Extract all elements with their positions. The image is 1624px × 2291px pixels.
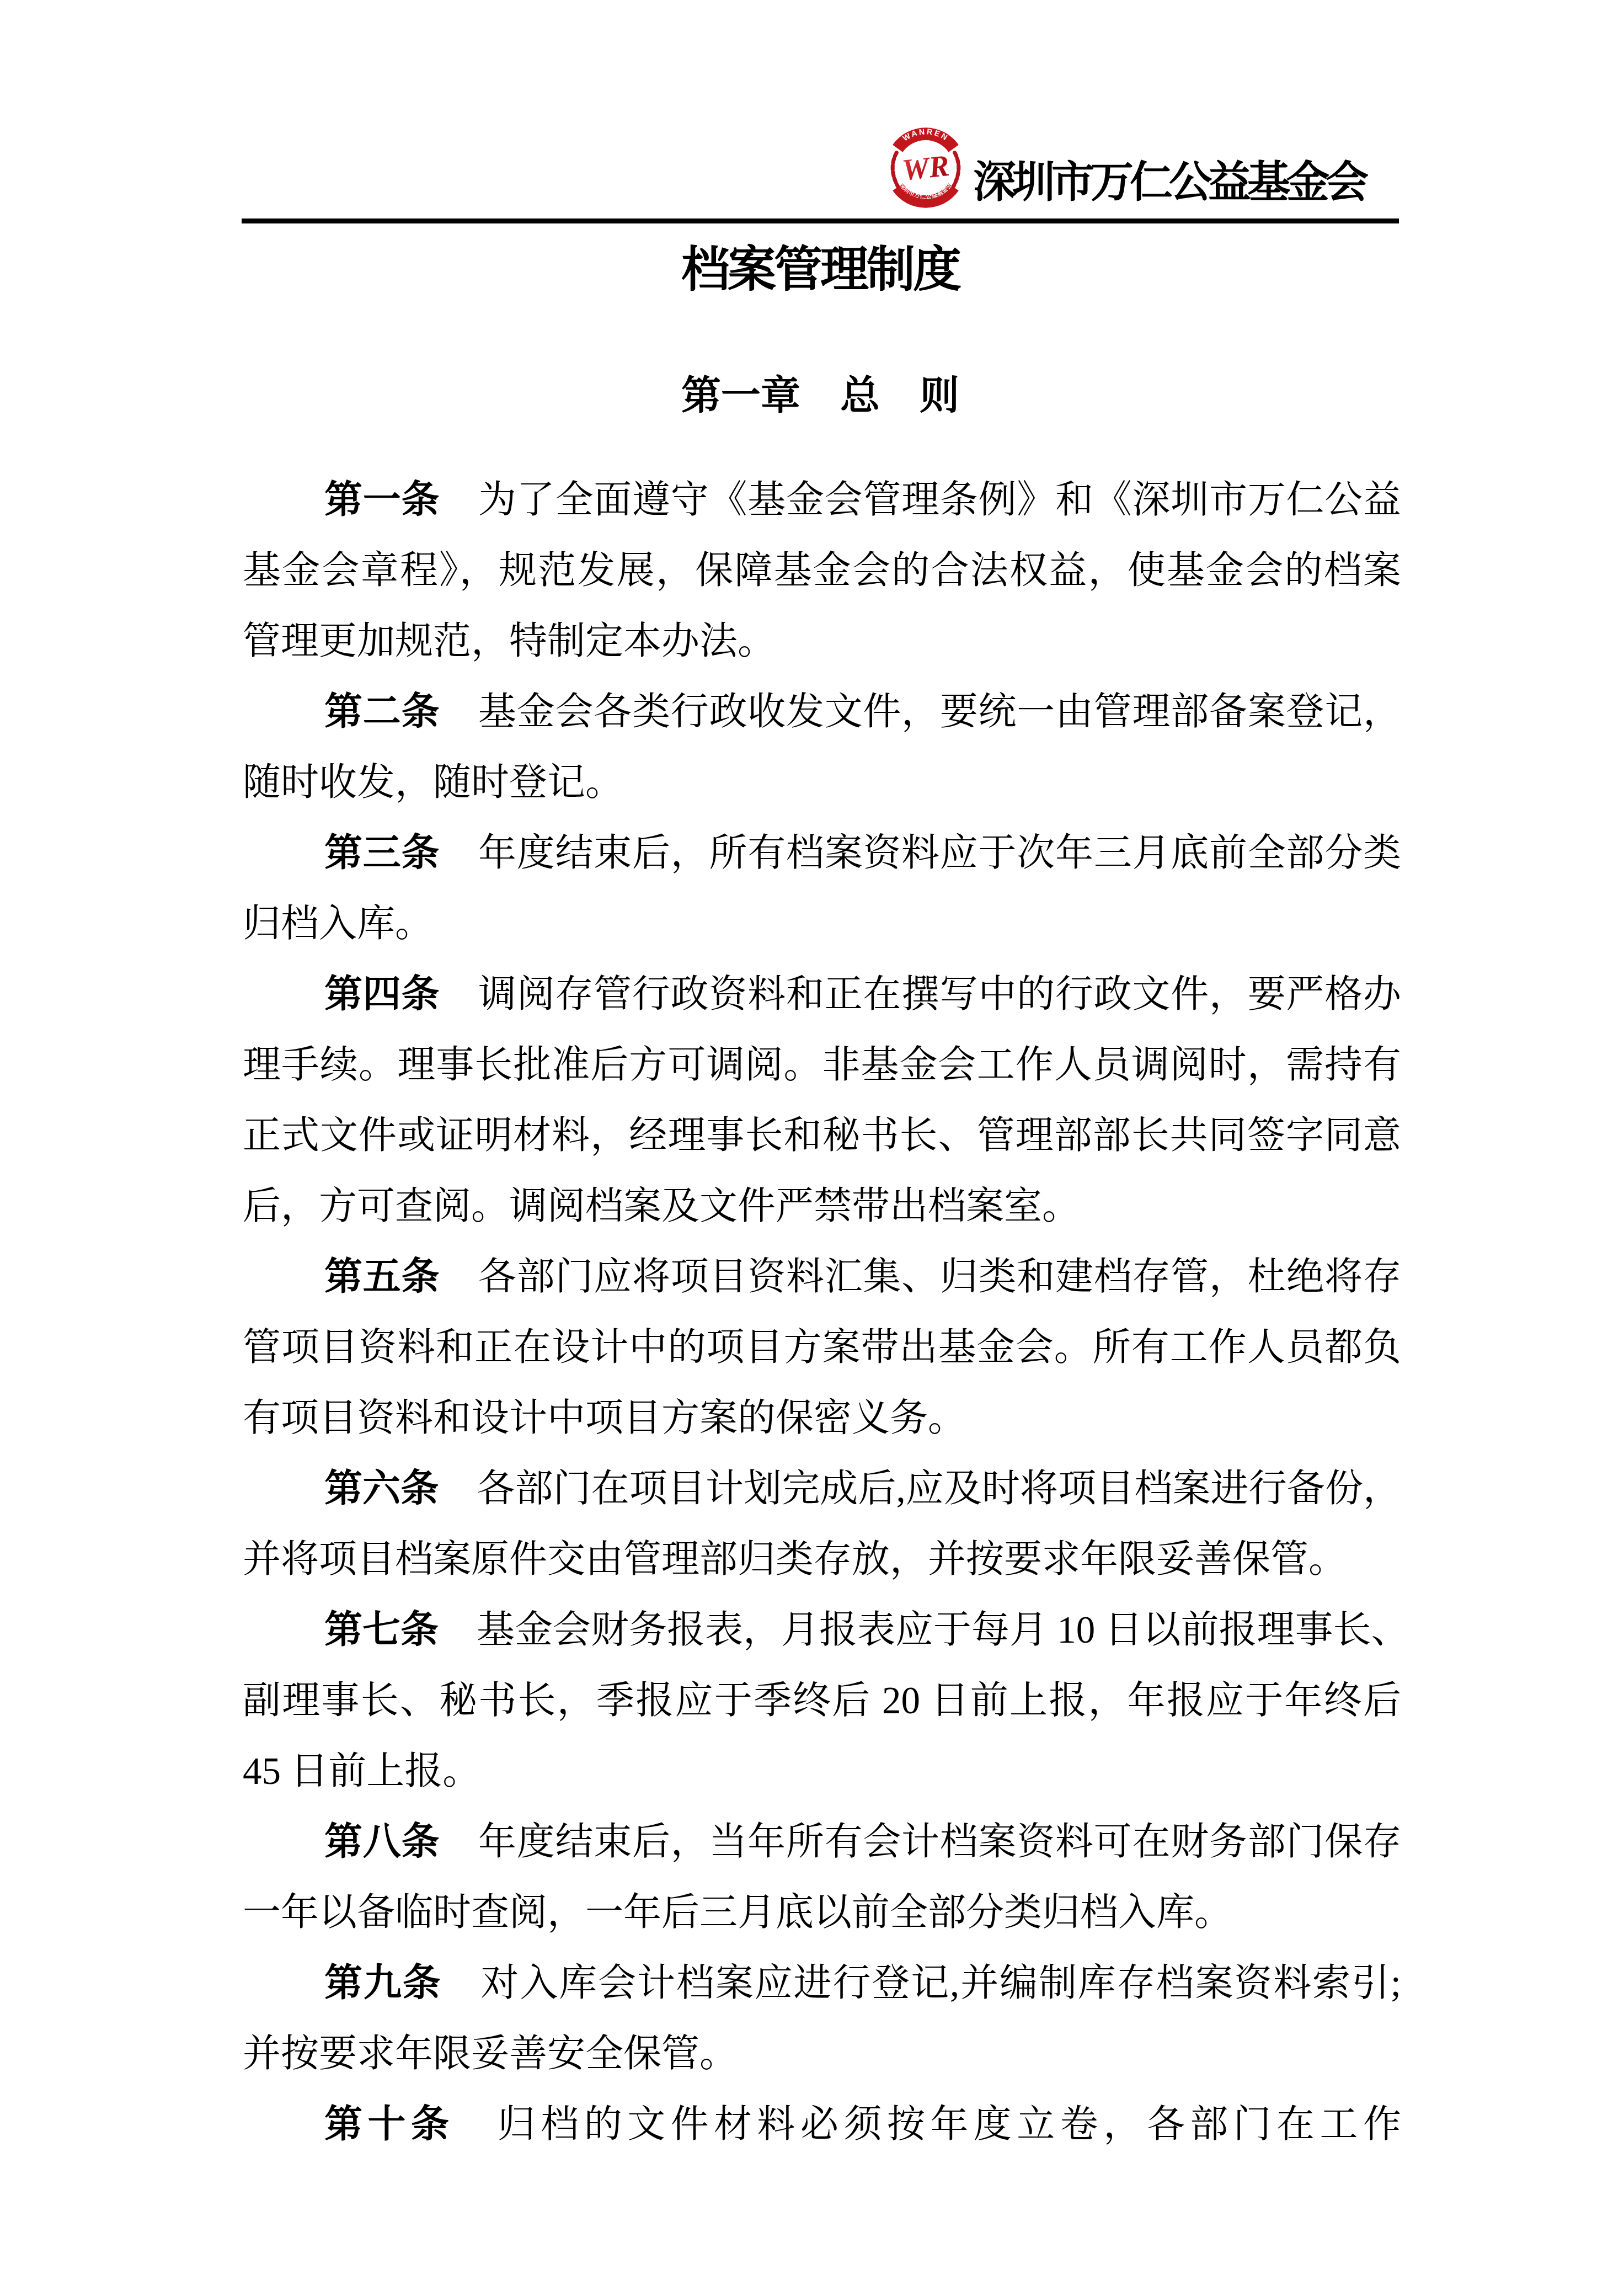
body-line: 后，方可查阅。调阅档案及文件严禁带出档案室。 bbox=[243, 1171, 1401, 1242]
body-line: 第二条 基金会各类行政收发文件，要统一由管理部备案登记， bbox=[243, 676, 1401, 747]
line-text: 并将项目档案原件交由管理部归类存放，并按要求年限妥善保管。 bbox=[243, 1538, 1347, 1580]
logo-monogram: WR bbox=[900, 148, 950, 187]
body-line: 随时收发，随时登记。 bbox=[243, 747, 1401, 818]
line-text: 随时收发，随时登记。 bbox=[243, 761, 623, 803]
body-line: 第四条 调阅存管行政资料和正在撰写中的行政文件，要严格办 bbox=[243, 959, 1401, 1030]
line-text: 归档的文件材料必须按年度立卷，各部门在工作 bbox=[454, 2103, 1401, 2145]
body-line: 有项目资料和设计中项目方案的保密义务。 bbox=[243, 1383, 1401, 1453]
body-line: 第十条 归档的文件材料必须按年度立卷，各部门在工作 bbox=[243, 2089, 1401, 2160]
line-text: 并按要求年限妥善安全保管。 bbox=[243, 2033, 738, 2075]
line-text: 正式文件或证明材料，经理事长和秘书长、管理部部长共同签字同意 bbox=[243, 1115, 1401, 1157]
line-text: 调阅存管行政资料和正在撰写中的行政文件，要严格办 bbox=[440, 973, 1401, 1015]
article-label: 第四条 bbox=[324, 973, 440, 1015]
document-body: 第一条 为了全面遵守《基金会管理条例》和《深圳市万仁公益 基金会章程》，规范发展… bbox=[243, 465, 1401, 2160]
wanren-logo: WANREN 深圳市万仁公益基金会 WR bbox=[884, 126, 968, 210]
article-label: 第三条 bbox=[324, 832, 440, 874]
line-text: 45 日前上报。 bbox=[243, 1750, 480, 1792]
line-text: 基金会各类行政收发文件，要统一由管理部备案登记， bbox=[440, 691, 1401, 733]
body-line: 并按要求年限妥善安全保管。 bbox=[243, 2018, 1401, 2089]
line-text: 对入库会计档案应进行登记,并编制库存档案资料索引; bbox=[442, 1962, 1401, 2004]
line-text: 基金会财务报表，月报表应于每月 10 日以前报理事长、 bbox=[439, 1609, 1409, 1651]
body-line: 基金会章程》，规范发展，保障基金会的合法权益，使基金会的档案 bbox=[243, 535, 1401, 606]
chapter-heading: 第一章 总 则 bbox=[242, 374, 1399, 418]
document-page: WANREN 深圳市万仁公益基金会 WR 深圳市万仁公益基金会 档案管理制度 第… bbox=[0, 0, 1624, 2291]
line-text: 各部门在项目计划完成后,应及时将项目档案进行备份， bbox=[439, 1468, 1401, 1510]
line-text: 为了全面遵守《基金会管理条例》和《深圳市万仁公益 bbox=[440, 479, 1401, 521]
line-text: 各部门应将项目资料汇集、归类和建档存管，杜绝将存 bbox=[440, 1256, 1401, 1298]
article-label: 第二条 bbox=[324, 691, 440, 733]
svg-text:WANREN: WANREN bbox=[901, 127, 950, 143]
body-line: 副理事长、秘书长，季报应于季终后 20 日前上报，年报应于年终后 bbox=[243, 1665, 1401, 1736]
body-line: 第三条 年度结束后，所有档案资料应于次年三月底前全部分类 bbox=[243, 818, 1401, 888]
body-line: 归档入库。 bbox=[243, 888, 1401, 959]
line-text: 一年以备临时查阅，一年后三月底以前全部分类归档入库。 bbox=[243, 1892, 1232, 1933]
body-line: 一年以备临时查阅，一年后三月底以前全部分类归档入库。 bbox=[243, 1877, 1401, 1948]
article-label: 第一条 bbox=[324, 479, 440, 521]
body-line: 第一条 为了全面遵守《基金会管理条例》和《深圳市万仁公益 bbox=[243, 465, 1401, 535]
body-line: 管理更加规范，特制定本办法。 bbox=[243, 606, 1401, 676]
header-rule bbox=[242, 219, 1399, 223]
article-label: 第五条 bbox=[324, 1256, 440, 1298]
logo-laurel-right bbox=[954, 153, 959, 187]
line-text: 管理更加规范，特制定本办法。 bbox=[243, 620, 776, 662]
article-label: 第九条 bbox=[324, 1962, 442, 2004]
line-text: 有项目资料和设计中项目方案的保密义务。 bbox=[243, 1397, 966, 1439]
article-label: 第八条 bbox=[324, 1821, 440, 1863]
org-name: 深圳市万仁公益基金会 bbox=[973, 160, 1365, 205]
body-line: 管项目资料和正在设计中的项目方案带出基金会。所有工作人员都负 bbox=[243, 1312, 1401, 1383]
document-title: 档案管理制度 bbox=[242, 244, 1399, 297]
body-line: 第七条 基金会财务报表，月报表应于每月 10 日以前报理事长、 bbox=[243, 1595, 1401, 1665]
article-label: 第七条 bbox=[324, 1609, 439, 1651]
article-label: 第六条 bbox=[324, 1468, 439, 1510]
body-line: 理手续。理事长批准后方可调阅。非基金会工作人员调阅时，需持有 bbox=[243, 1030, 1401, 1100]
body-line: 并将项目档案原件交由管理部归类存放，并按要求年限妥善保管。 bbox=[243, 1524, 1401, 1595]
wanren-logo-emblem: WANREN 深圳市万仁公益基金会 WR bbox=[884, 126, 968, 210]
line-text: 年度结束后，所有档案资料应于次年三月底前全部分类 bbox=[440, 832, 1401, 874]
line-text: 理手续。理事长批准后方可调阅。非基金会工作人员调阅时，需持有 bbox=[243, 1044, 1401, 1086]
line-text: 后，方可查阅。调阅档案及文件严禁带出档案室。 bbox=[243, 1185, 1080, 1227]
line-text: 副理事长、秘书长，季报应于季终后 20 日前上报，年报应于年终后 bbox=[243, 1680, 1401, 1722]
body-line: 45 日前上报。 bbox=[243, 1736, 1401, 1807]
line-text: 管项目资料和正在设计中的项目方案带出基金会。所有工作人员都负 bbox=[243, 1326, 1401, 1368]
body-line: 第六条 各部门在项目计划完成后,应及时将项目档案进行备份， bbox=[243, 1453, 1401, 1524]
body-line: 正式文件或证明材料，经理事长和秘书长、管理部部长共同签字同意 bbox=[243, 1100, 1401, 1171]
logo-top-banner-text: WANREN bbox=[901, 127, 950, 143]
line-text: 归档入库。 bbox=[243, 903, 433, 945]
body-line: 第五条 各部门应将项目资料汇集、归类和建档存管，杜绝将存 bbox=[243, 1242, 1401, 1312]
line-text: 基金会章程》，规范发展，保障基金会的合法权益，使基金会的档案 bbox=[243, 550, 1401, 592]
body-line: 第九条 对入库会计档案应进行登记,并编制库存档案资料索引; bbox=[243, 1948, 1401, 2018]
line-text: 年度结束后，当年所有会计档案资料可在财务部门保存 bbox=[440, 1821, 1401, 1863]
body-line: 第八条 年度结束后，当年所有会计档案资料可在财务部门保存 bbox=[243, 1807, 1401, 1877]
logo-laurel-left bbox=[893, 153, 898, 187]
article-label: 第十条 bbox=[324, 2103, 454, 2145]
